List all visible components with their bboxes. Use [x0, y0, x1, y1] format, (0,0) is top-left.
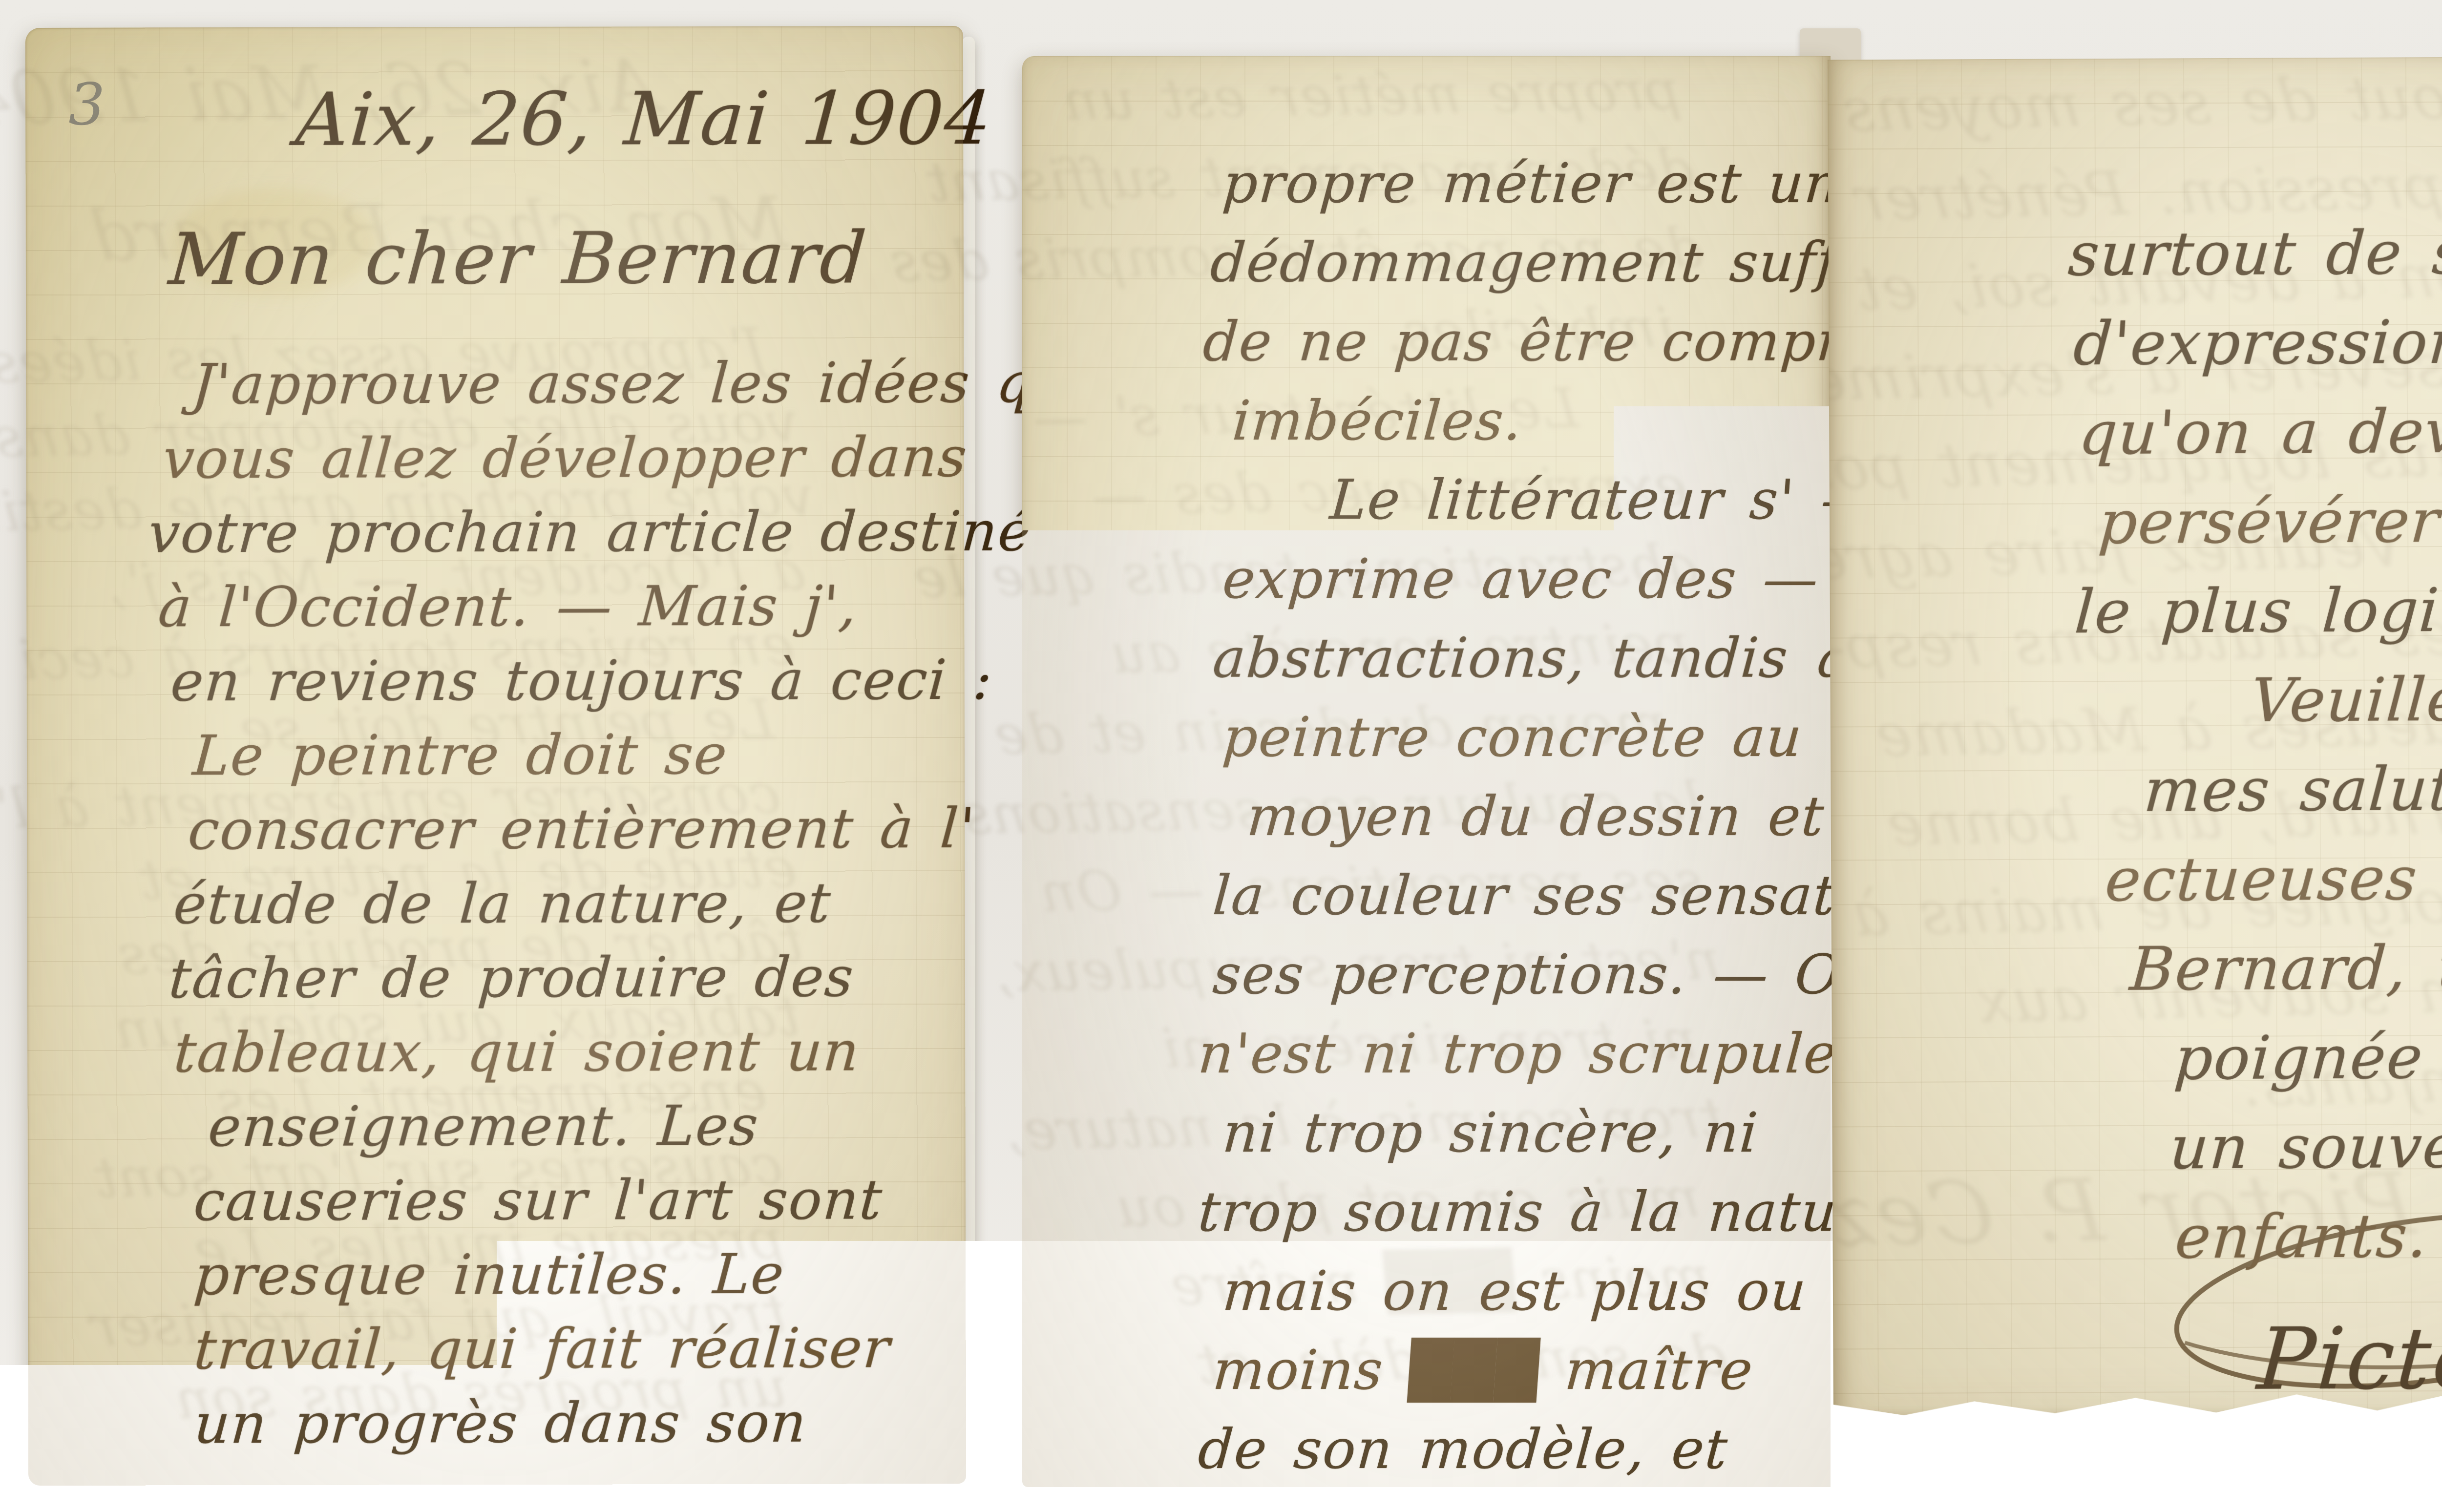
letter-line: Mon cher Bernard — [165, 197, 947, 320]
letter-line: Le peintre doit se — [190, 717, 945, 793]
letter-line: moins ███ maître — [1210, 1331, 1897, 1410]
letter-line: propre métier est un — [1220, 144, 1897, 223]
letter-text-column: Aix, 26, Mai 1904Mon cher BernardJ'appro… — [108, 55, 942, 1461]
letter-line: un progrès dans son — [192, 1385, 947, 1461]
letter-line: votre prochain article destiné — [146, 494, 945, 570]
letter-text-column: surtout de ses moyensd'expression. Pénét… — [2063, 207, 2442, 1427]
letter-line: en reviens toujours à ceci : — [168, 643, 945, 718]
letter-line: propre métier est un — [1005, 51, 1684, 142]
letter-line: J'approuve assez les idées que — [190, 346, 945, 421]
letter-line: trop soumis à la nature, — [1196, 1173, 1897, 1252]
letter-page-2: propre métier est undédommagement suffis… — [1022, 56, 1831, 1487]
letter-line: qu'on a devant soi, et — [2076, 386, 2442, 479]
letter-line: mes salutations resp- — [2141, 743, 2442, 836]
letter-page-3: surtout de ses moyensd'expression. Pénét… — [1828, 56, 2442, 1423]
letter-line: causeries sur l'art sont — [191, 1162, 946, 1238]
letter-text-column: propre métier est undédommagement suffis… — [1193, 144, 1892, 1489]
pencil-page-number: 3 — [68, 71, 105, 138]
letter-line: un souvenir aux — [2167, 1101, 2442, 1193]
signature-line: Pictor P. Cezanne — [2253, 1292, 2442, 1426]
letter-line: peintre concrète au — [1220, 698, 1897, 777]
letter-line: mais on est plus ou — [1220, 1252, 1897, 1331]
letter-line: abstractions, tandis que le — [1210, 619, 1897, 698]
letter-line: enseignement. Les — [206, 1088, 946, 1164]
letter-line: surtout de ses moyens — [1811, 50, 2442, 156]
letter-line: de ne pas être compris des — [1200, 302, 1897, 381]
letter-line: imbéciles. — [1230, 381, 1897, 461]
letter-line: surtout de ses moyens — [2065, 207, 2442, 300]
letter-line: dédommagement suffisant — [1208, 223, 1897, 302]
letter-line: ses perceptions. — On — [1210, 935, 1897, 1014]
letter-line: consacrer entièrement à l' — [186, 791, 945, 867]
letter-line: d'expression. Pénétrer ce — [2071, 296, 2442, 389]
letter-line: persévérer à s'exprimer — [2096, 475, 2442, 568]
letter-line: n'est ni trop scrupuleux, — [1196, 1014, 1897, 1093]
letter-line: la couleur ses sensations — [1210, 856, 1897, 935]
letter-line: Aix, 26, Mai 1904 — [292, 55, 948, 184]
letter-line: exprime avec des — — [1220, 540, 1897, 619]
letter-line: vous allez développer dans — [161, 420, 945, 496]
letter-page-1: 3 Aix, 26, Mai 1904Mon cher BernardJ'app… — [25, 26, 966, 1486]
letter-line: tableaux, qui soient un — [171, 1014, 946, 1090]
letter-line: moyen du dessin et de — [1244, 777, 1897, 856]
letter-line: Veuillez faire agréer — [2248, 654, 2442, 746]
letter-line: ectueuses à Madame — [2103, 833, 2442, 925]
letter-line: le plus logiquement possible, — [2072, 565, 2442, 657]
letter-line: poignée de mains à Véry, — [2171, 1011, 2442, 1104]
letter-line: tâcher de produire des — [167, 940, 946, 1015]
letter-line: Le littérateur s' — — [1327, 461, 1897, 540]
letter-line: ni trop sincère, ni — [1220, 1093, 1897, 1173]
letter-line: de son modèle, et — [1196, 1410, 1897, 1489]
letter-line: travail, qui fait réaliser — [192, 1311, 947, 1386]
letter-line: enfants. — [2172, 1190, 2442, 1282]
letter-line: Bernard, une bonne — [2127, 922, 2442, 1014]
letter-photograph: { "artifact": { "kind": "handwritten-let… — [0, 0, 2442, 1512]
letter-line: presque inutiles. Le — [191, 1237, 946, 1312]
letter-line: à l'Occident. — Mais j', — [156, 568, 945, 644]
letter-line: étude de la nature, et — [171, 865, 946, 941]
